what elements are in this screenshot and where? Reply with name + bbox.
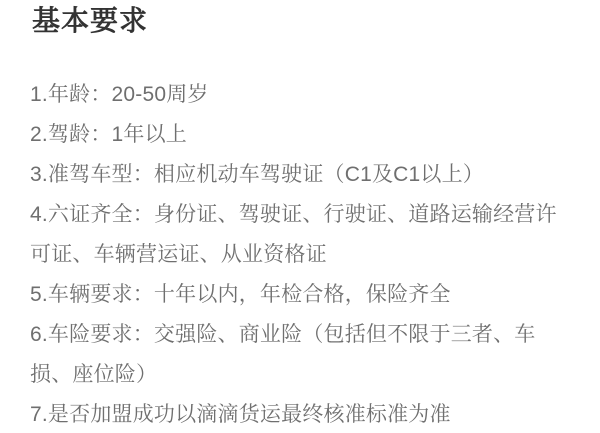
requirement-item-insurance: 6.车险要求：交强险、商业险（包括但不限于三者、车 损、座位险） <box>30 315 578 395</box>
requirements-list: 1.年龄：20-50周岁 2.驾龄：1年以上 3.准驾车型：相应机动车驾驶证（C… <box>30 75 578 433</box>
requirement-item-age: 1.年龄：20-50周岁 <box>30 75 578 115</box>
requirement-item-vehicle: 5.车辆要求：十年以内，年检合格，保险齐全 <box>30 275 578 315</box>
requirements-document: 基本要求 1.年龄：20-50周岁 2.驾龄：1年以上 3.准驾车型：相应机动车… <box>0 0 600 433</box>
requirement-item-license-type: 3.准驾车型：相应机动车驾驶证（C1及C1以上） <box>30 155 578 195</box>
page-title: 基本要求 <box>32 5 578 37</box>
requirement-item-six-certificates: 4.六证齐全：身份证、驾驶证、行驶证、道路运输经营许 可证、车辆营运证、从业资格… <box>30 195 578 275</box>
requirement-item-driving-experience: 2.驾龄：1年以上 <box>30 115 578 155</box>
requirement-item-final-approval: 7.是否加盟成功以滴滴货运最终核准标准为准 <box>30 395 578 433</box>
page: { "page": { "background_color": "#ffffff… <box>0 0 600 433</box>
